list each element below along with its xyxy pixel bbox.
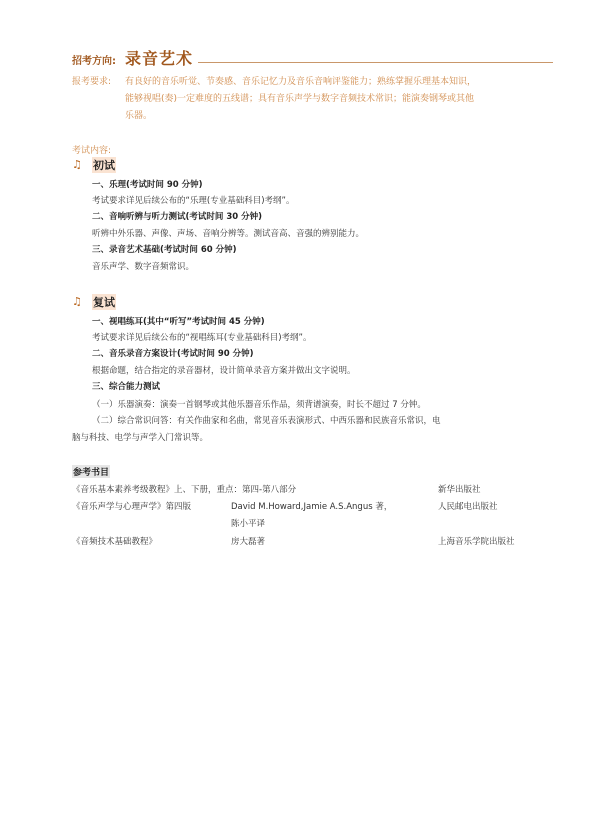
exam-sub-item: （一）乐器演奏：演奏一首钢琴或其他乐器音乐作品，须背谱演奏，时长不超过 7 分钟…: [92, 398, 426, 410]
retest-title: 复试: [92, 294, 116, 310]
exam-item-text: 听辨中外乐器、声像、声场、音响分辨等。测试音高、音强的辨别能力。: [92, 227, 364, 239]
reference-publisher: 上海音乐学院出版社: [438, 535, 515, 547]
exam-item-text: 根据命题，结合指定的录音器材，设计简单录音方案并做出文字说明。: [92, 364, 356, 376]
direction-title: 录音艺术: [125, 46, 193, 69]
header-divider: [198, 62, 553, 63]
exam-content-label: 考试内容:: [72, 143, 111, 156]
reference-publisher: 人民邮电出版社: [438, 500, 498, 512]
exam-sub-item: 脑与科技、电学与声学入门常识等。: [72, 431, 208, 443]
exam-item-head: 二、音乐录音方案设计(考试时间 90 分钟): [92, 347, 254, 359]
reference-book: 《音频技术基础教程》: [72, 535, 157, 547]
exam-item-head: 一、乐理(考试时间 90 分钟): [92, 178, 203, 190]
exam-item-text: 考试要求详见后续公布的“乐理(专业基础科目)考纲”。: [92, 194, 294, 206]
requirements-line: 能够视唱(奏)一定难度的五线谱；具有音乐声学与数字音频技术常识；能演奏钢琴或其他: [125, 91, 474, 104]
references-title: 参考书目: [72, 465, 110, 478]
preliminary-title: 初试: [92, 157, 116, 173]
requirements-line: 有良好的音乐听觉、节奏感、音乐记忆力及音乐音响评鉴能力；熟练掌握乐理基本知识，: [125, 74, 476, 87]
reference-book: 《音乐声学与心理声学》第四版: [72, 500, 191, 512]
direction-label: 招考方向:: [72, 52, 116, 67]
reference-author: 陈小平译: [231, 517, 265, 529]
music-note-icon: ♫: [72, 158, 82, 171]
reference-publisher: 新华出版社: [438, 483, 481, 495]
reference-author: 房大磊著: [231, 535, 265, 547]
reference-book: 《音乐基本素养考级教程》上、下册，重点：第四-第八部分: [72, 483, 296, 495]
requirements-line: 乐器。: [125, 108, 152, 121]
exam-item-head: 二、音响听辨与听力测试(考试时间 30 分钟): [92, 210, 262, 222]
exam-item-head: 三、录音艺术基础(考试时间 60 分钟): [92, 243, 237, 255]
exam-item-head: 一、视唱练耳(其中“听写”考试时间 45 分钟): [92, 315, 265, 327]
exam-item-text: 考试要求详见后续公布的“视唱练耳(专业基础科目)考纲”。: [92, 331, 311, 343]
exam-sub-item: （二）综合常识问答：有关作曲家和名曲，常见音乐表演形式、中西乐器和民族音乐常识，…: [92, 414, 441, 426]
exam-item-head: 三、综合能力测试: [92, 380, 160, 392]
music-note-icon: ♫: [72, 295, 82, 308]
exam-item-text: 音乐声学、数字音频常识。: [92, 260, 194, 272]
requirements-label: 报考要求:: [72, 74, 111, 87]
reference-author: David M.Howard,Jamie A.S.Angus 著，: [231, 500, 392, 512]
